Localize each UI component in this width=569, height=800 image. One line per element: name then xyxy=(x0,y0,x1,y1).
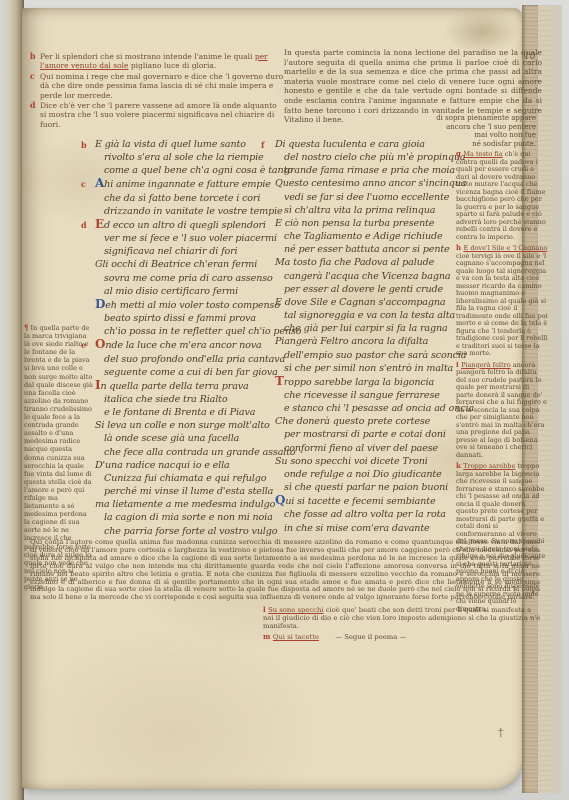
verse-text: E già la vista di quel lume santo xyxy=(95,139,246,150)
verse-line: Piangerà Feltro ancora la difalta xyxy=(275,335,475,348)
illuminated-initial: Q xyxy=(275,493,285,507)
verse-text: beato spirto dissi e fammi prova xyxy=(104,313,256,324)
verse-text: che parria forse forte al vostro vulgo xyxy=(104,526,277,537)
verse-text: Cunizza fui chiamata e qui refulgo xyxy=(104,473,266,484)
fore-edge-strip xyxy=(552,5,562,793)
verse-text: come a quel bene ch'a ogni cosa è tanto xyxy=(104,165,293,176)
verse-text: ch'io possa in te refletter quel ch'io p… xyxy=(104,326,301,337)
verse-line: conformi fieno al viver del paese xyxy=(275,442,475,455)
photo-background: 10 bPer li splendori che si mostrano int… xyxy=(0,0,569,800)
header-note: cQui nomina i rege che mal governaro e d… xyxy=(30,72,284,100)
verse-text: vedi se far si dee l'uomo eccellente xyxy=(284,192,449,203)
gloss-entry: m Qui si tacette — Segue il poema — xyxy=(263,633,541,642)
verse-text: E ciò non pensa la turba presente xyxy=(275,218,434,229)
verse-line: Che donerà questo prete cortese xyxy=(275,415,475,428)
verse-line: là onde scese già una facella xyxy=(95,432,279,445)
illuminated-initial: E xyxy=(95,217,104,231)
note-letter-marker: b xyxy=(30,52,36,61)
verse-text: del suo profondo ond'ella pria cantava xyxy=(104,354,285,365)
verse-line: che ricevesse il sangue ferrarese xyxy=(275,389,475,402)
verse-line: ver me si fece e 'l suo voler piacermi xyxy=(95,232,279,245)
aside-line: ancora che 'l suo pentere xyxy=(422,123,536,132)
illuminated-initial: T xyxy=(275,374,284,388)
verse-line: rivolto s'era al sole che la riempie xyxy=(95,151,279,164)
verse-line: ch'io possa in te refletter quel ch'io p… xyxy=(95,325,279,338)
verse-text: che Tagliamento e Adige richiude xyxy=(284,231,443,242)
verse-line: Gli occhi di Beatrice ch'eran fermi xyxy=(95,258,279,271)
verse-text: roppo sarebbe larga la bigoncia xyxy=(284,377,434,388)
verse-line: che già per lui carpir si fa la ragna xyxy=(275,322,475,335)
verse-text: la cagion di mia sorte e non mi noia xyxy=(104,512,273,523)
verse-line: Cunizza fui chiamata e qui refulgo xyxy=(95,472,279,485)
verse-text: onde refulge a noi Dio giudicante xyxy=(284,469,442,480)
verse-text: che da sì fatto bene torcete i cori xyxy=(104,193,260,204)
verse-text: n quella parte della terra prava xyxy=(100,381,248,392)
verse-line: Deh metti al mio voler tosto compenso xyxy=(95,298,279,312)
verse-text: seguente come a cui di ben far giova xyxy=(104,367,278,378)
verse-line: cangerà l'acqua che Vicenza bagna xyxy=(275,270,475,283)
illuminated-initial: A xyxy=(95,176,104,190)
verse-text: ver me si fece e 'l suo voler piacermi xyxy=(104,233,277,244)
verse-line: eOnde la luce che m'era ancor nova xyxy=(95,338,279,352)
verse-text: Su sono specchi voi dicete Troni xyxy=(275,456,428,467)
verse-text: D'una radice nacqui io e ella xyxy=(95,460,230,471)
bottom-keyed-entries: l Su sono specchi cioè que' beati che so… xyxy=(263,606,541,644)
verse-line: Questo centesimo anno ancor s'incinqua xyxy=(275,177,475,190)
verse-line: drizzando in vanitate le vostre tempie xyxy=(95,205,279,218)
note-text: pigliano luce di gloria. xyxy=(128,61,216,70)
verse-text: e le fontane di Brenta e di Piava xyxy=(104,407,255,418)
verse-line: che fosse ad altro volta per la rota xyxy=(275,508,475,521)
tercet-marker: f xyxy=(261,139,264,152)
verse-text: Si leva un colle e non surge molt'alto xyxy=(95,420,270,431)
verse-column-right: fDi questa luculenta e cara gioiadel nos… xyxy=(275,138,475,535)
verse-line: dell'empio suo pastor che sarà sconcia xyxy=(275,349,475,362)
verse-text: che ricevesse il sangue ferrarese xyxy=(284,390,440,401)
verse-line: per mostrarsi di parte e cotai doni xyxy=(275,428,475,441)
verse-text: tal signoreggia e va con la testa alta xyxy=(284,310,455,321)
verse-line: che parria forse forte al vostro vulgo xyxy=(95,525,279,538)
verse-line: bE già la vista di quel lume santo xyxy=(95,138,279,151)
gloss-tail: — Segue il poema — xyxy=(335,633,406,641)
verse-line: sì che per simil non s'entrò in malta xyxy=(275,362,475,375)
gloss-lemma: Qui si tacette xyxy=(273,633,319,641)
verse-line: al mio disio certificaro fermi xyxy=(95,285,279,298)
verse-text: significava nel chiarir di fori xyxy=(104,246,237,257)
verse-line: sì ch'altra vita la prima relinqua xyxy=(275,204,475,217)
tercet-marker: d xyxy=(81,219,86,232)
verse-line: onde refulge a noi Dio giudicante xyxy=(275,468,475,481)
illuminated-initial: O xyxy=(95,337,105,351)
verse-text: che fece alla contrada un grande assalto xyxy=(104,447,296,458)
verse-line: italica che siede tra Rialto xyxy=(95,393,279,406)
header-notes: bPer li splendori che si mostrano intend… xyxy=(30,52,284,130)
verse-text: Questo centesimo anno ancor s'incinqua xyxy=(275,178,466,189)
verse-line: del suo profondo ond'ella pria cantava xyxy=(95,353,279,366)
verse-text: né per esser battuta ancor si pente xyxy=(284,244,450,255)
verse-line: perché mi vinse il lume d'esta stella xyxy=(95,485,279,498)
verse-text: Ma tosto fia che Padova al palude xyxy=(275,257,434,268)
verse-text: dell'empio suo pastor che sarà sconcia xyxy=(284,350,466,361)
verse-line: seguente come a cui di ben far giova xyxy=(95,366,279,379)
gloss-entry: h E dove'l Sile e 'l Cagnano cioè tervig… xyxy=(456,244,548,358)
verse-line: Si leva un colle e non surge molt'alto xyxy=(95,419,279,432)
verse-line: grande fama rimase e pria che moia xyxy=(275,164,475,177)
verse-text: del nostro cielo che più m'è propinqua xyxy=(284,152,466,163)
verse-line: sì che questi parlar ne paion buoni xyxy=(275,481,475,494)
verse-text: nde la luce che m'era ancor nova xyxy=(105,340,261,351)
illuminated-initial: D xyxy=(95,297,105,311)
verse-line: ma lietamente a me medesma indulgo xyxy=(95,498,279,511)
gloss-entry: i Piangerà feltro ancora piangerà feltro… xyxy=(456,361,548,460)
verse-line: Troppo sarebbe larga la bigoncia xyxy=(275,375,475,389)
verse-text: Di questa luculenta e cara gioia xyxy=(275,139,425,150)
verse-text: per esser al dovere le genti crude xyxy=(284,284,443,295)
verse-text: perché mi vinse il lume d'esta stella xyxy=(104,486,273,497)
verse-text: hi anime ingannate e fatture empie xyxy=(104,179,271,190)
verse-line: fDi questa luculenta e cara gioia xyxy=(275,138,475,151)
gloss-lemma: Su sono specchi xyxy=(268,606,323,614)
aside-line: di sopra pienamente appare xyxy=(422,114,536,123)
verse-line: la cagion di mia sorte e non mi noia xyxy=(95,511,279,524)
corner-mark: † xyxy=(498,726,504,739)
verse-text: sì che questi parlar ne paion buoni xyxy=(284,482,448,493)
verse-text: Piangerà Feltro ancora la difalta xyxy=(275,336,428,347)
note-text: Dice ch'è ver che 'l parere vassene ad a… xyxy=(40,101,277,129)
header-note: bPer li splendori che si mostrano intend… xyxy=(30,52,284,71)
gloss-text: cioè tervigi là ove il sile e 'l cagnano… xyxy=(456,252,548,358)
gloss-entry: g Ma tosto fia ch'è qui contra quelli da… xyxy=(456,150,548,241)
verse-text: per mostrarsi di parte e cotai doni xyxy=(284,429,446,440)
verse-line: né per esser battuta ancor si pente xyxy=(275,243,475,256)
verse-line: e stanco chi 'l pesasse ad oncia ad onci… xyxy=(275,402,475,415)
verse-text: italica che siede tra Rialto xyxy=(104,394,227,405)
header-note: dDice ch'è ver che 'l parere vassene ad … xyxy=(30,101,284,129)
verse-text: conformi fieno al viver del paese xyxy=(284,443,438,454)
verse-line: Ma tosto fia che Padova al palude xyxy=(275,256,475,269)
verse-text: ma lietamente a me medesma indulgo xyxy=(95,499,275,510)
manuscript-page: 10 bPer li splendori che si mostrano int… xyxy=(22,8,522,789)
verse-text: Che donerà questo prete cortese xyxy=(275,416,430,427)
verse-line: Su sono specchi voi dicete Troni xyxy=(275,455,475,468)
verse-text: rivolto s'era al sole che la riempie xyxy=(104,152,264,163)
verse-line: sovra me come pria di caro assenso xyxy=(95,272,279,285)
verse-text: sì ch'altra vita la prima relinqua xyxy=(284,205,435,216)
tercet-marker: b xyxy=(81,139,86,152)
gloss-text: ch'è qui contra quelli da padova i quali… xyxy=(456,150,546,241)
verse-text: che fosse ad altro volta per la rota xyxy=(284,509,446,520)
verse-line: e le fontane di Brenta e di Piava xyxy=(95,406,279,419)
verse-text: grande fama rimase e pria che moia xyxy=(284,165,455,176)
verse-line: beato spirto dissi e fammi prova xyxy=(95,312,279,325)
verse-line: vedi se far si dee l'uomo eccellente xyxy=(275,191,475,204)
verse-line: che fece alla contrada un grande assalto xyxy=(95,446,279,459)
verse-line: significava nel chiarir di fori xyxy=(95,245,279,258)
verse-column-left: bE già la vista di quel lume santorivolt… xyxy=(95,138,279,538)
verse-line: tal signoreggia e va con la testa alta xyxy=(275,309,475,322)
gloss-entry: l Su sono specchi cioè que' beati che so… xyxy=(263,606,541,631)
verse-line: che da sì fatto bene torcete i cori xyxy=(95,192,279,205)
verse-text: sovra me come pria di caro assenso xyxy=(104,273,273,284)
verse-text: in che si mise com'era davante xyxy=(284,523,430,534)
tercet-marker: c xyxy=(81,178,86,191)
note-letter-marker: c xyxy=(30,72,35,81)
verse-text: che già per lui carpir si fa la ragna xyxy=(284,323,448,334)
verse-line: E ciò non pensa la turba presente xyxy=(275,217,475,230)
verse-text: E dove Sile e Cagnan s'accompagna xyxy=(275,297,445,308)
verse-line: Qui si tacette e fecemi sembiante xyxy=(275,494,475,508)
verse-text: cangerà l'acqua che Vicenza bagna xyxy=(284,271,450,282)
verse-line: che Tagliamento e Adige richiude xyxy=(275,230,475,243)
verse-text: al mio disio certificaro fermi xyxy=(104,286,238,297)
verse-text: sì che per simil non s'entrò in malta xyxy=(284,363,453,374)
verse-text: Gli occhi di Beatrice ch'eran fermi xyxy=(95,259,257,270)
paraph-mark: ¶ xyxy=(24,323,28,332)
verse-line: D'una radice nacqui io e ella xyxy=(95,459,279,472)
verse-line: cAhi anime ingannate e fatture empie xyxy=(95,177,279,191)
gloss-text: ancora piangerà feltro la difalta del su… xyxy=(456,361,547,459)
note-text: Qui nomina i rege che mal governaro e di… xyxy=(40,72,283,100)
gloss-letter-marker: m xyxy=(263,632,273,641)
note-letter-marker: d xyxy=(30,101,36,110)
verse-text: drizzando in vanitate le vostre tempie xyxy=(104,206,283,217)
verse-text: ui si tacette e fecemi sembiante xyxy=(285,496,435,507)
bottom-commentary: Qui conta l'autore come quella anima fue… xyxy=(30,539,540,602)
verse-text: eh metti al mio voler tosto compenso xyxy=(105,300,280,311)
facing-page-edge xyxy=(0,0,24,800)
verse-line: in che si mise com'era davante xyxy=(275,522,475,535)
verse-line: per esser al dovere le genti crude xyxy=(275,283,475,296)
verse-line: dEd ecco un altro di quegli splendori xyxy=(95,218,279,232)
note-text: Per li splendori che si mostrano intende… xyxy=(40,52,255,61)
verse-line: In quella parte della terra prava xyxy=(95,379,279,393)
verse-text: là onde scese già una facella xyxy=(104,433,239,444)
verse-text: e stanco chi 'l pesasse ad oncia ad onci… xyxy=(284,403,474,414)
verse-line: E dove Sile e Cagnan s'accompagna xyxy=(275,296,475,309)
verse-line: del nostro cielo che più m'è propinqua xyxy=(275,151,475,164)
verse-line: come a quel bene ch'a ogni cosa è tanto xyxy=(95,164,279,177)
verse-text: d ecco un altro di quegli splendori xyxy=(104,220,266,231)
